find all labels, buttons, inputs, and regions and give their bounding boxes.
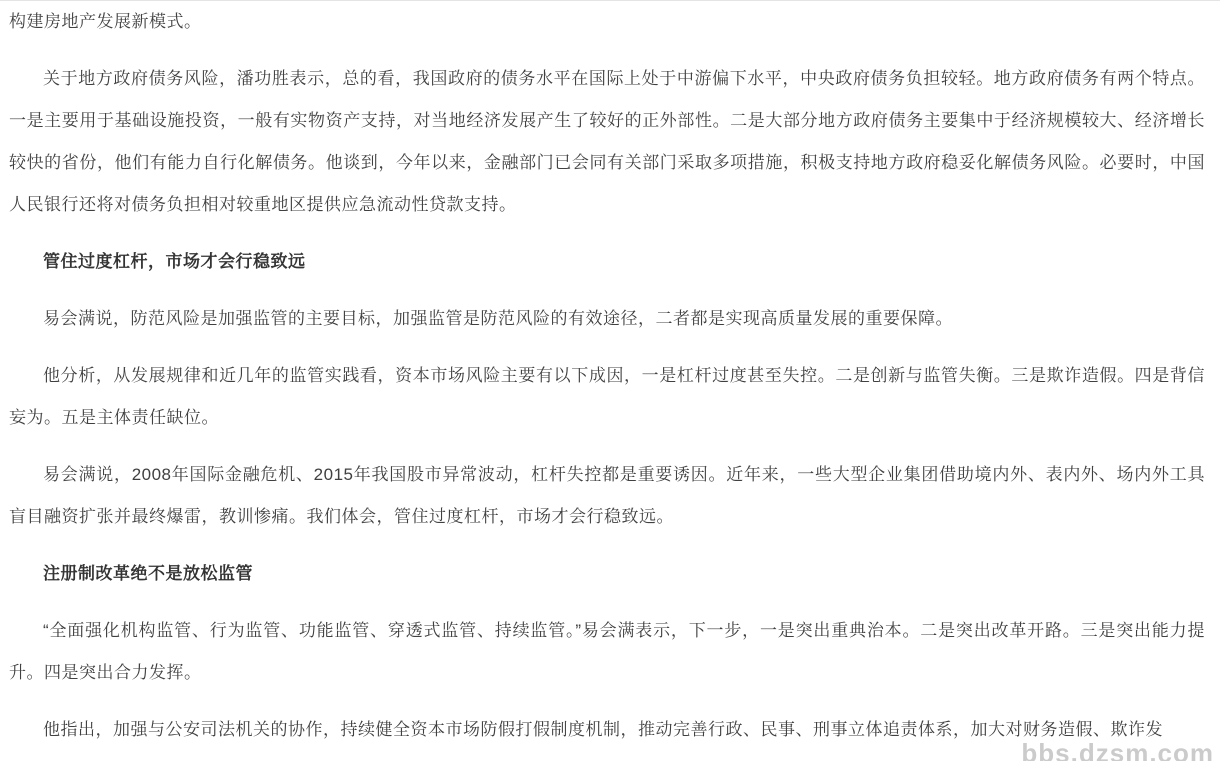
section-heading: 管住过度杠杆，市场才会行稳致远	[9, 241, 1205, 283]
article-paragraph: 关于地方政府债务风险，潘功胜表示，总的看，我国政府的债务水平在国际上处于中游偏下…	[9, 58, 1205, 226]
article-paragraph: 易会满说，防范风险是加强监管的主要目标，加强监管是防范风险的有效途径，二者都是实…	[9, 298, 1205, 340]
article-paragraph: 构建房地产发展新模式。	[9, 1, 1205, 43]
article-paragraph: “全面强化机构监管、行为监管、功能监管、穿透式监管、持续监管。”易会满表示，下一…	[9, 610, 1205, 694]
article-paragraph: 他分析，从发展规律和近几年的监管实践看，资本市场风险主要有以下成因，一是杠杆过度…	[9, 355, 1205, 439]
article-page: 构建房地产发展新模式。关于地方政府债务风险，潘功胜表示，总的看，我国政府的债务水…	[0, 0, 1220, 761]
section-heading: 注册制改革绝不是放松监管	[9, 553, 1205, 595]
article-paragraph: 他指出，加强与公安司法机关的协作，持续健全资本市场防假打假制度机制，推动完善行政…	[9, 709, 1205, 751]
article-body: 构建房地产发展新模式。关于地方政府债务风险，潘功胜表示，总的看，我国政府的债务水…	[0, 1, 1220, 751]
article-paragraph: 易会满说，2008年国际金融危机、2015年我国股市异常波动，杠杆失控都是重要诱…	[9, 454, 1205, 538]
